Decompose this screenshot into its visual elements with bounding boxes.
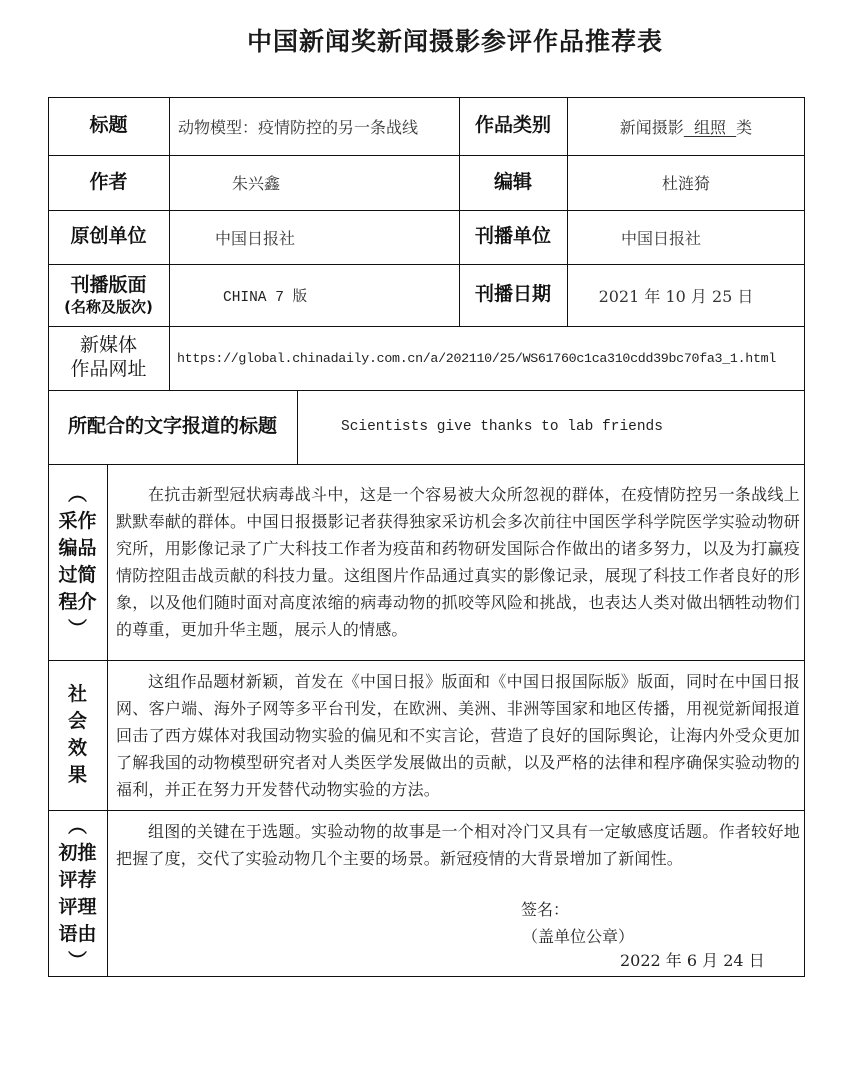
- signature-label: 签名：: [521, 897, 569, 920]
- label-line: 会: [68, 708, 87, 735]
- effect-text-cell: 这组作品题材新颖，首发在《中国日报》版面和《中国日报国际版》版面，同时在中国日报…: [116, 660, 800, 810]
- page-label: 刊播版面: [70, 274, 146, 298]
- date-value: 2021 年 10 月 25 日: [567, 264, 785, 326]
- url-label-line2: 作品网址: [70, 358, 146, 382]
- row-divider: [48, 810, 805, 811]
- review-label: ︵ 初推 评荐 评理 语由 ︶: [48, 810, 107, 977]
- label-line: 语由: [58, 921, 96, 948]
- category-prefix: 新闻摄影: [620, 115, 684, 138]
- caption-label: 所配合的文字报道的标题: [48, 390, 297, 464]
- url-value[interactable]: https://global.chinadaily.com.cn/a/20211…: [177, 326, 803, 390]
- effect-label: 社 会 效 果: [48, 660, 107, 810]
- col-divider: [297, 390, 298, 464]
- url-label-cell: 新媒体 作品网址: [48, 326, 169, 390]
- editor-value: 杜涟猗: [567, 155, 805, 210]
- label-line: 社: [68, 681, 87, 708]
- page-value: CHINA 7 版: [223, 264, 453, 326]
- close-bracket: ︶: [68, 616, 87, 643]
- review-text: 组图的关键在于选题。实验动物的故事是一个相对冷门又具有一定敏感度话题。作者较好地…: [116, 818, 800, 872]
- process-text-cell: 在抗击新型冠状病毒战斗中，这是一个容易被大众所忽视的群体，在疫情防控另一条战线上…: [116, 464, 800, 660]
- category-suffix: 类: [736, 115, 752, 138]
- caption-value: Scientists give thanks to lab friends: [341, 390, 801, 464]
- process-label: ︵ 采作 编品 过简 程介 ︶: [48, 464, 107, 660]
- process-text: 在抗击新型冠状病毒战斗中，这是一个容易被大众所忽视的群体，在疫情防控另一条战线上…: [116, 481, 800, 643]
- label-line: 效: [68, 735, 87, 762]
- publisher-label: 刊播单位: [459, 210, 567, 264]
- title-value: 动物模型：疫情防控的另一条战线: [178, 97, 459, 155]
- sign-date: 2022 年 6 月 24 日: [620, 948, 765, 971]
- page-title: 中国新闻奖新闻摄影参评作品推荐表: [0, 22, 860, 58]
- editor-label: 编辑: [459, 155, 567, 210]
- review-text-cell: 组图的关键在于选题。实验动物的故事是一个相对冷门又具有一定敏感度话题。作者较好地…: [116, 818, 800, 872]
- category-value-cell: 新闻摄影 组照 类: [567, 97, 805, 155]
- author-label: 作者: [48, 155, 169, 210]
- open-bracket: ︵: [68, 813, 87, 840]
- page-label-sub: (名称及版次): [64, 298, 153, 317]
- label-line: 编品: [58, 535, 96, 562]
- seal-label: （盖单位公章）: [522, 924, 634, 947]
- label-line: 过简: [58, 562, 96, 589]
- label-line: 评荐: [58, 867, 96, 894]
- col-divider: [107, 464, 108, 977]
- label-line: 评理: [58, 894, 96, 921]
- col-divider: [169, 97, 170, 390]
- close-bracket: ︶: [68, 948, 87, 975]
- title-label: 标题: [48, 97, 169, 155]
- url-label-line1: 新媒体: [80, 334, 137, 358]
- label-line: 采作: [58, 508, 96, 535]
- origin-label: 原创单位: [48, 210, 169, 264]
- origin-value: 中国日报社: [215, 210, 455, 264]
- author-value: 朱兴鑫: [232, 155, 452, 210]
- label-line: 程介: [58, 589, 96, 616]
- open-bracket: ︵: [68, 481, 87, 508]
- effect-text: 这组作品题材新颖，首发在《中国日报》版面和《中国日报国际版》版面，同时在中国日报…: [116, 668, 800, 803]
- date-label: 刊播日期: [459, 264, 567, 326]
- category-label: 作品类别: [459, 97, 567, 155]
- label-line: 初推: [58, 840, 96, 867]
- label-line: 果: [68, 762, 87, 789]
- page-label-cell: 刊播版面 (名称及版次): [48, 264, 169, 326]
- publisher-value: 中国日报社: [621, 210, 801, 264]
- category-value: 组照: [684, 115, 736, 138]
